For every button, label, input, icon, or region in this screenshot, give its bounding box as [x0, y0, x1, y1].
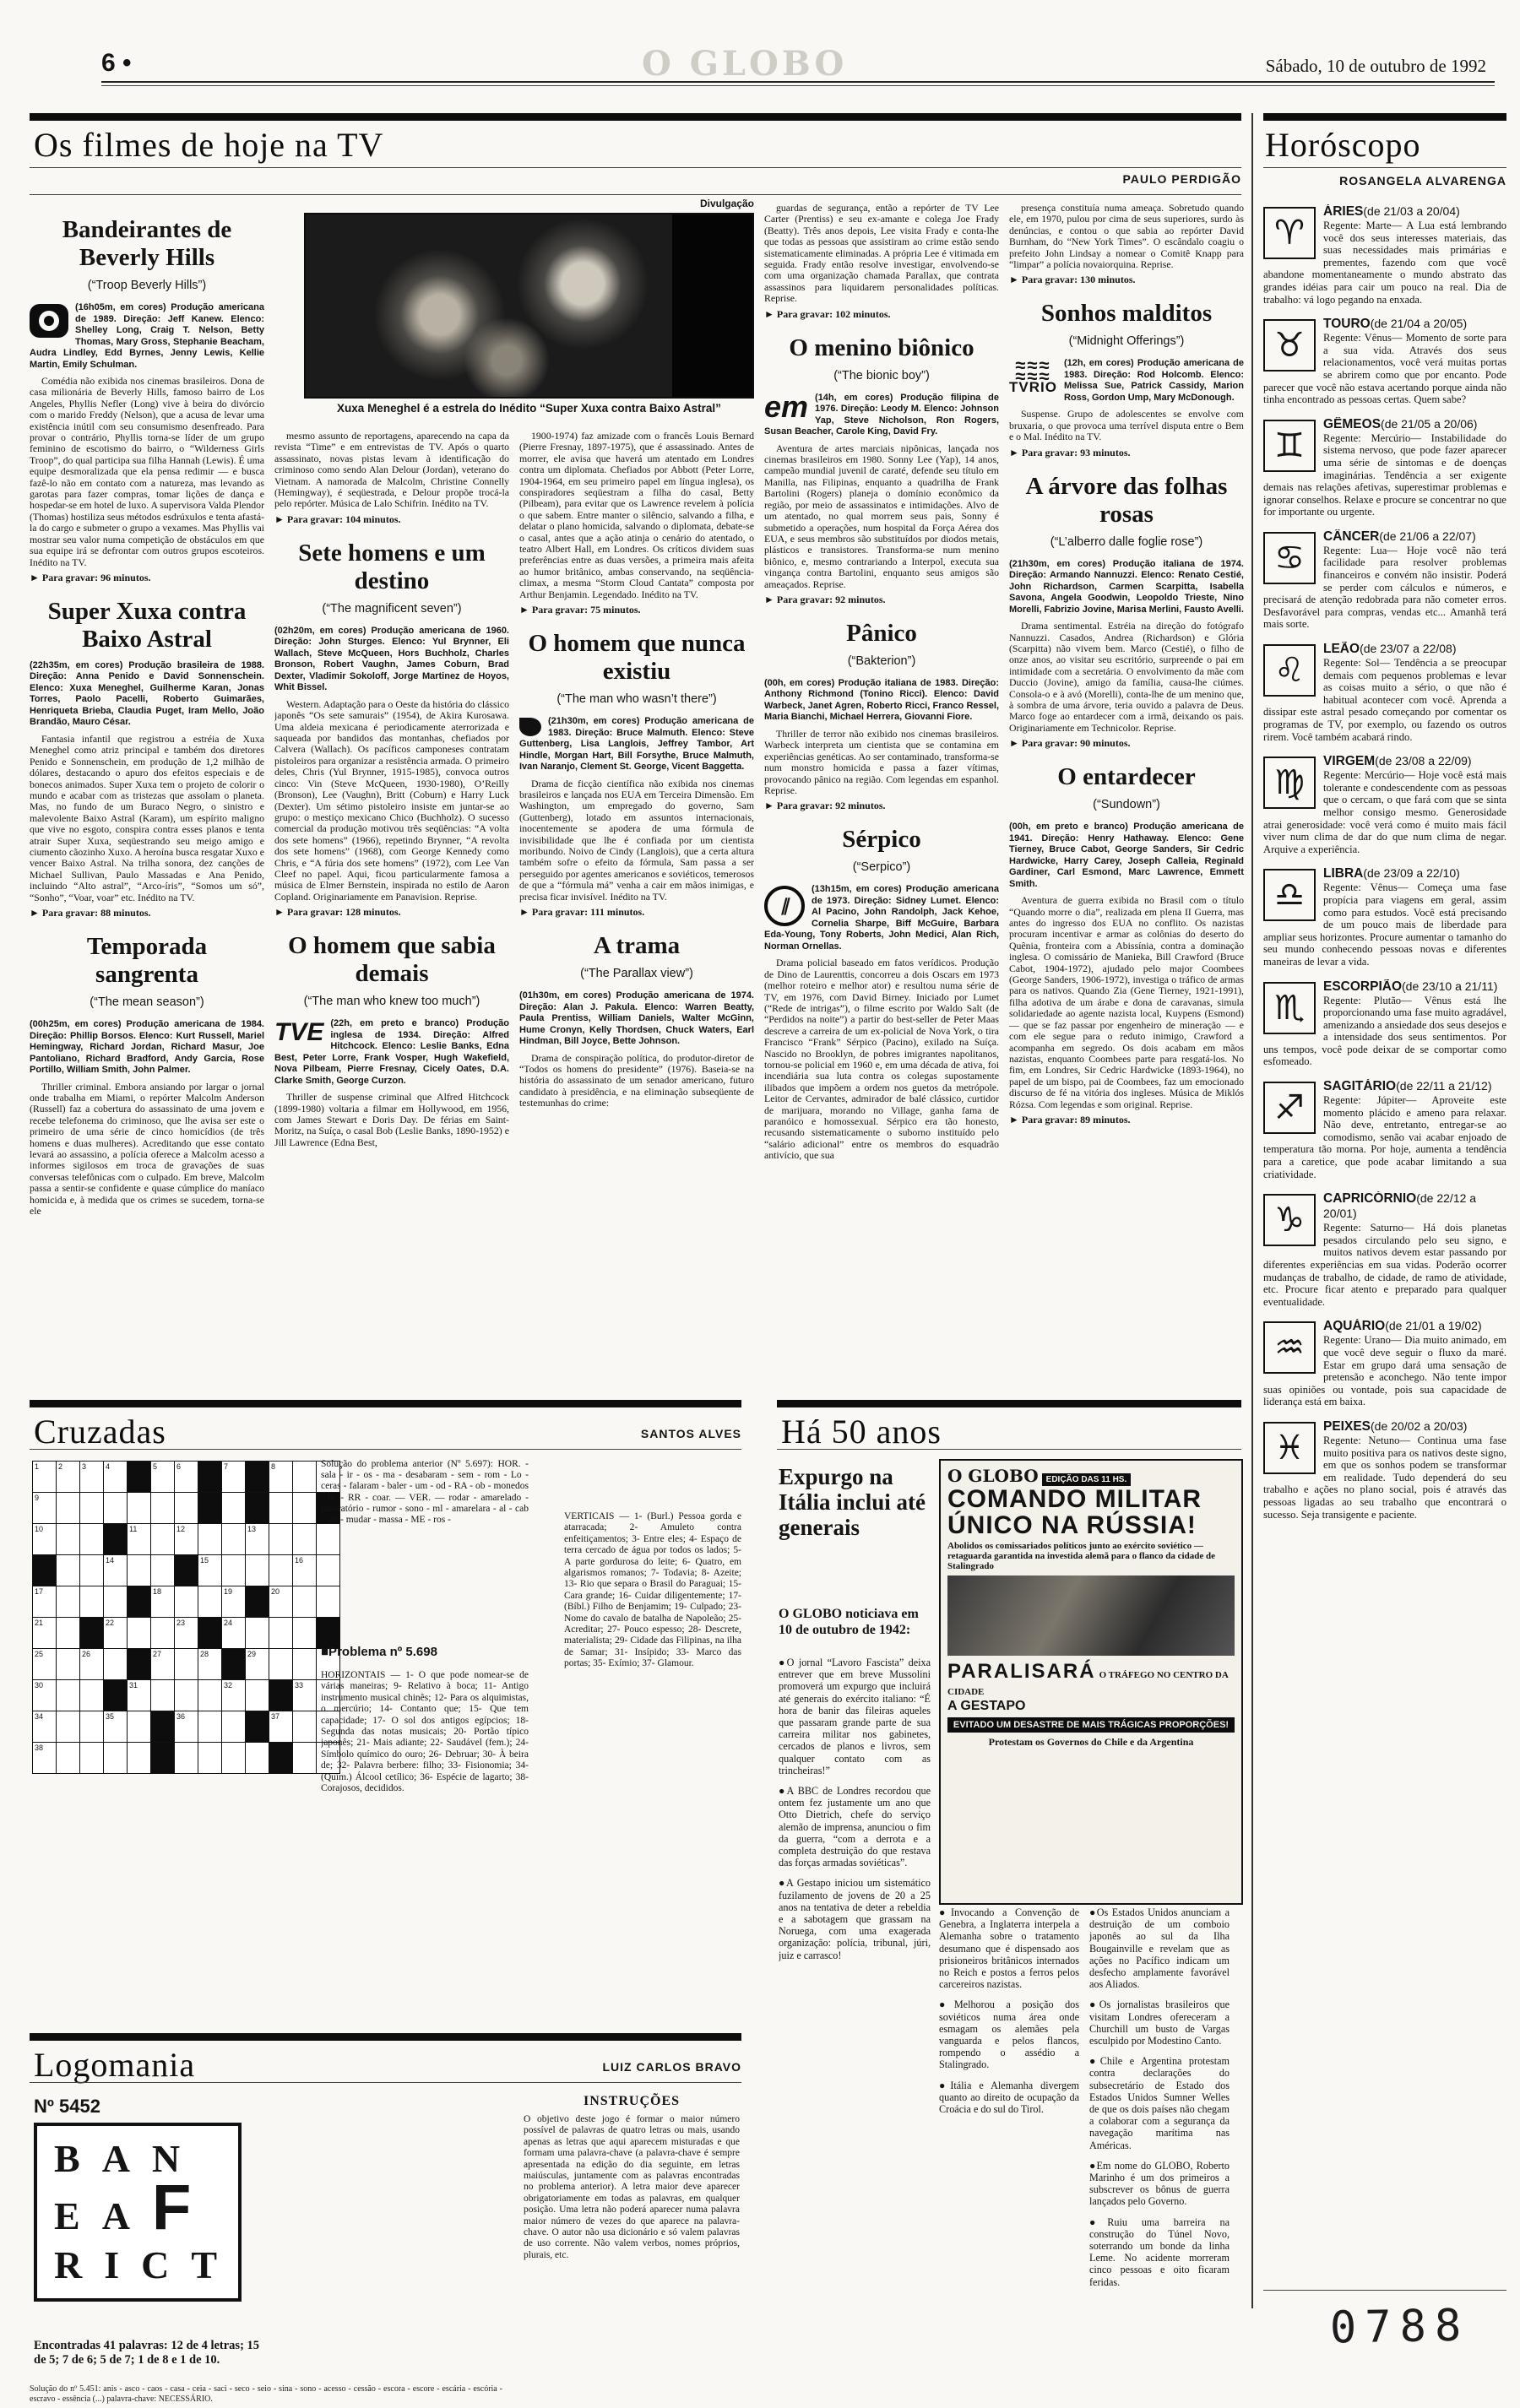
grid-cell — [151, 1618, 175, 1649]
film-title: O menino biônico — [768, 334, 996, 362]
em-logo-icon: em — [764, 394, 808, 421]
film-record-time: ► Para gravar: 88 minutos. — [30, 907, 264, 919]
horoscope-bar — [1263, 113, 1506, 121]
xuxa-photo — [304, 213, 754, 399]
clipping-bottom-headline: Protestam os Governos do Chile e da Arge… — [947, 1736, 1235, 1749]
grid-cell — [222, 1555, 246, 1586]
horoscope-sign-touro: ♉TOURO(de 21/04 a 20/05)Regente: Vênus— … — [1263, 317, 1506, 406]
grid-cell — [293, 1649, 317, 1680]
films-section-title: Os filmes de hoje na TV — [34, 125, 383, 165]
logomania-letter: T — [191, 2243, 239, 2286]
film-original-title: (“Troop Beverly Hills”) — [30, 279, 264, 292]
grid-cell — [293, 1618, 317, 1649]
grid-cell: 1 — [33, 1462, 57, 1493]
grid-cell: 3 — [80, 1462, 104, 1493]
grid-cell: 16 — [293, 1555, 317, 1586]
sign-name: CAPRICÓRNIO — [1323, 1191, 1416, 1206]
film-synopsis-continuation: guardas de segurança, então a repórter d… — [764, 203, 999, 305]
grid-cell — [80, 1493, 104, 1524]
grid-black-cell — [246, 1711, 269, 1743]
page-date: Sábado, 10 de outubro de 1992 — [1266, 56, 1486, 77]
grid-cell — [175, 1680, 198, 1711]
grid-black-cell — [128, 1586, 151, 1618]
films-column-1: Bandeirantes de Beverly Hills(“Troop Bev… — [30, 203, 264, 1391]
sign-range: (de 21/06 a 22/07) — [1379, 529, 1475, 543]
grid-cell — [57, 1680, 80, 1711]
grid-cell — [57, 1555, 80, 1586]
grid-cell: 7 — [222, 1462, 246, 1493]
grid-cell — [80, 1680, 104, 1711]
film-credits-block: (21h30m, em cores) Produção americana de… — [519, 716, 754, 773]
logomania-byline: LUIZ CARLOS BRAVO — [488, 2060, 741, 2074]
grid-black-cell — [246, 1493, 269, 1524]
film-original-title: (“The Parallax view”) — [519, 967, 754, 980]
grid-black-cell — [151, 1711, 175, 1743]
grid-cell: 36 — [175, 1711, 198, 1743]
horoscope-bottom-rule — [1263, 2290, 1506, 2291]
film-title: Bandeirantes de Beverly Hills — [33, 216, 261, 272]
film-title: A árvore das folhas rosas — [1012, 473, 1240, 529]
sign-range: (de 21/03 a 20/04) — [1363, 204, 1459, 218]
film-title: Sérpico — [768, 826, 996, 854]
crossword-grid: 1234567891011121314151617181920212223242… — [32, 1461, 340, 1774]
film-synopsis-continuation: mesmo assunto de reportagens, aparecendo… — [274, 431, 509, 510]
sign-range: (de 20/02 a 20/03) — [1371, 1419, 1467, 1433]
grid-cell: 31 — [128, 1680, 151, 1711]
horoscope-sign-libra: ♎LIBRA(de 23/09 a 22/10)Regente: Vênus— … — [1263, 866, 1506, 968]
grid-cell: 33 — [293, 1680, 317, 1711]
sign-range: (de 21/01 a 19/02) — [1385, 1319, 1481, 1332]
grid-cell — [293, 1462, 317, 1493]
film-synopsis: Aventura de guerra exibida no Brasil com… — [1009, 895, 1244, 1110]
grid-cell — [175, 1493, 198, 1524]
sign-name: ESCORPIÃO — [1323, 979, 1402, 994]
grid-cell — [269, 1493, 293, 1524]
film-credits: (00h, em preto e branco) Produção americ… — [1009, 822, 1244, 889]
films-column-5: presença constituía numa ameaça. Sobretu… — [1009, 203, 1244, 1391]
cruzadas-bar — [30, 1400, 741, 1407]
film-credits-block: ∥(13h15m, em cores) Produção americana d… — [764, 884, 999, 952]
grid-cell: 37 — [269, 1711, 293, 1743]
tve-logo-icon: TVE — [274, 1020, 323, 1045]
film-synopsis: Comédia não exibida nos cinemas brasilei… — [30, 376, 264, 568]
ha50-bullet: ●O jornal “Lavoro Fascista” deixa entrev… — [779, 1657, 931, 1776]
clipping-headline-1a: COMANDO MILITAR — [947, 1486, 1235, 1512]
horoscope-sign-sagitário: ♐SAGITÁRIO(de 22/11 a 21/12)Regente: Júp… — [1263, 1079, 1506, 1180]
horoscope-divider — [1251, 113, 1253, 2308]
grid-cell: 4 — [104, 1462, 128, 1493]
escorpiao-icon: ♏ — [1263, 982, 1316, 1034]
film-original-title: (“The bionic boy”) — [764, 369, 999, 382]
film-record-time: ► Para gravar: 128 minutos. — [274, 906, 509, 919]
grid-cell: 27 — [151, 1649, 175, 1680]
grid-black-cell — [128, 1462, 151, 1493]
film-synopsis: Drama de conspiração política, do produt… — [519, 1053, 754, 1109]
grid-black-cell — [198, 1462, 222, 1493]
logomania-letter: I — [104, 2243, 141, 2286]
grid-cell: 30 — [33, 1680, 57, 1711]
film-credits-block: (00h, em cores) Produção italiana de 198… — [764, 678, 999, 724]
sagitario-icon: ♐ — [1263, 1082, 1316, 1134]
logomania-instructions: O objetivo deste jogo é formar o maior n… — [524, 2114, 740, 2393]
grid-cell — [317, 1586, 340, 1618]
grid-cell — [222, 1711, 246, 1743]
films-byline: PAULO PERDIGÃO — [988, 172, 1241, 186]
grid-cell — [128, 1711, 151, 1743]
grid-cell — [151, 1680, 175, 1711]
grid-black-cell — [104, 1524, 128, 1555]
clipping-photo — [947, 1576, 1235, 1656]
film-credits-block: TVE(22h, em preto e branco) Produção ing… — [274, 1018, 509, 1087]
grid-cell — [269, 1524, 293, 1555]
ha50-bullet: ●Invocando a Convenção de Genebra, a Ing… — [939, 1906, 1079, 1990]
horoscope-title: Horóscopo — [1265, 125, 1421, 165]
horoscope-byline: ROSANGELA ALVARENGA — [1263, 174, 1506, 187]
grid-cell: 17 — [33, 1586, 57, 1618]
cruzadas-title: Cruzadas — [34, 1412, 166, 1451]
films-byline-rule — [30, 194, 1241, 195]
sign-name: LEÃO — [1323, 642, 1360, 656]
sign-range: (de 21/05 a 20/06) — [1381, 417, 1477, 431]
film-original-title: (“The magnificent seven”) — [274, 602, 509, 616]
film-original-title: (“The mean season”) — [30, 995, 264, 1009]
grid-cell — [293, 1586, 317, 1618]
film-original-title: (“Sundown”) — [1009, 798, 1244, 811]
grid-black-cell — [269, 1680, 293, 1711]
grid-cell: 28 — [198, 1649, 222, 1680]
cruzadas-solution: Solução do problema anterior (Nº 5.697):… — [321, 1459, 529, 1526]
film-title: Super Xuxa contra Baixo Astral — [33, 598, 261, 654]
grid-cell — [293, 1524, 317, 1555]
logomania-letter: A — [102, 2194, 152, 2237]
grid-cell — [80, 1555, 104, 1586]
grid-cell: 21 — [33, 1618, 57, 1649]
grid-black-cell — [80, 1618, 104, 1649]
grid-cell — [151, 1493, 175, 1524]
grid-cell — [80, 1711, 104, 1743]
sign-range: (de 23/09 a 22/10) — [1363, 866, 1459, 880]
clipping-masthead: O GLOBO — [947, 1466, 1039, 1486]
grid-cell: 8 — [269, 1462, 293, 1493]
sign-name: TOURO — [1323, 317, 1371, 331]
grid-cell — [128, 1493, 151, 1524]
ha50-title: Há 50 anos — [781, 1412, 942, 1451]
ha50-bullet: ●Os jornalistas brasileiros que visitam … — [1089, 1999, 1230, 2047]
ha50-bullet: ●A Gestapo iniciou um sistemático fuzila… — [779, 1877, 931, 1961]
grid-cell: 9 — [33, 1493, 57, 1524]
grid-cell — [175, 1743, 198, 1774]
ha50-bar — [777, 1400, 1241, 1407]
film-credits: (21h30m, em cores) Produção americana de… — [519, 716, 754, 772]
grid-cell — [80, 1586, 104, 1618]
photo-credit: Divulgação — [591, 198, 754, 209]
leao-icon: ♌ — [1263, 644, 1316, 697]
film-title: O homem que sabia demais — [278, 932, 506, 988]
grid-cell: 26 — [80, 1649, 104, 1680]
film-title: O homem que nunca existiu — [523, 630, 751, 686]
sign-range: (de 23/08 a 22/09) — [1375, 754, 1471, 767]
film-credits-block: ≈≈≈≈≈≈TVRIO(12h, em cores) Produção amer… — [1009, 358, 1244, 404]
film-record-time: ► Para gravar: 75 minutos. — [519, 604, 754, 616]
grid-cell: 34 — [33, 1711, 57, 1743]
horoscope-sign-peixes: ♓PEIXES(de 20/02 a 20/03)Regente: Netuno… — [1263, 1419, 1506, 1521]
films-column-2: mesmo assunto de reportagens, aparecendo… — [274, 431, 509, 1391]
film-synopsis: Thriller criminal. Embora ansiando por l… — [30, 1082, 264, 1218]
film-synopsis: Drama sentimental. Estréia na direção do… — [1009, 621, 1244, 734]
clipping-headline-2: PARALISARÁ — [947, 1660, 1096, 1683]
grid-cell: 5 — [151, 1462, 175, 1493]
film-synopsis-continuation: presença constituía numa ameaça. Sobretu… — [1009, 203, 1244, 270]
grid-cell: 38 — [33, 1743, 57, 1774]
film-original-title: (“The man who knew too much”) — [274, 995, 509, 1008]
sign-name: LIBRA — [1323, 866, 1363, 881]
logomania-letterbox: BANEAFRICT — [34, 2123, 242, 2302]
grid-black-cell — [175, 1555, 198, 1586]
grid-cell — [317, 1555, 340, 1586]
mini-logo-icon — [519, 718, 541, 736]
film-original-title: (“Midnight Offerings”) — [1009, 334, 1244, 348]
grid-cell — [80, 1524, 104, 1555]
grid-cell — [269, 1618, 293, 1649]
film-credits-block: (00h, em preto e branco) Produção americ… — [1009, 822, 1244, 890]
logomania-rule — [30, 2082, 741, 2083]
grid-cell — [151, 1555, 175, 1586]
ha50-bullet: ●Itália e Alemanha divergem quanto ao di… — [939, 2080, 1079, 2116]
film-title: Temporada sangrenta — [33, 933, 261, 989]
sign-name: PEIXES — [1323, 1419, 1371, 1434]
horoscope-sign-escorpião: ♏ESCORPIÃO(de 23/10 a 21/11)Regente: Plu… — [1263, 979, 1506, 1069]
logomania-instructions-block: INSTRUÇÕES O objetivo deste jogo é forma… — [524, 2094, 740, 2393]
masthead-ghost: O GLOBO — [642, 44, 847, 84]
film-title: Sete homens e um destino — [278, 540, 506, 595]
grid-black-cell — [198, 1618, 222, 1649]
clipping-banner: EVITADO UM DESASTRE DE MAIS TRÁGICAS PRO… — [947, 1717, 1235, 1733]
film-credits-block: em(14h, em cores) Produção filipina de 1… — [764, 393, 999, 438]
horoscope-sign-virgem: ♍VIRGEM(de 23/08 a 22/09)Regente: Mercúr… — [1263, 754, 1506, 855]
horoscope-title-rule — [1263, 167, 1506, 168]
logomania-number: Nº 5452 — [34, 2096, 100, 2118]
grid-cell — [293, 1493, 317, 1524]
film-record-time: ► Para gravar: 104 minutos. — [274, 513, 509, 526]
circle-logo-icon: ∥ — [764, 886, 805, 926]
cruzadas-problem-label: ■Problema nº 5.698 — [321, 1645, 437, 1659]
sign-range: (de 23/07 a 22/08) — [1360, 642, 1456, 655]
grid-cell — [222, 1524, 246, 1555]
grid-black-cell — [269, 1743, 293, 1774]
aries-icon: ♈ — [1263, 207, 1316, 259]
grid-cell — [198, 1680, 222, 1711]
grid-cell — [57, 1524, 80, 1555]
grid-cell: 25 — [33, 1649, 57, 1680]
ha50-rule — [777, 1449, 1241, 1450]
sign-name: GÊMEOS — [1323, 417, 1381, 431]
film-record-time: ► Para gravar: 111 minutos. — [519, 906, 754, 919]
ha50-column-1: ●O jornal “Lavoro Fascista” deixa entrev… — [779, 1657, 931, 2406]
film-credits: (12h, em cores) Produção americana de 19… — [1064, 358, 1244, 403]
film-synopsis: Drama de ficção científica não exibida n… — [519, 778, 754, 903]
film-original-title: (“L’alberro dalle foglie rose”) — [1009, 535, 1244, 549]
sign-name: SAGITÁRIO — [1323, 1079, 1396, 1093]
grid-cell: 29 — [246, 1649, 269, 1680]
film-title: Pânico — [768, 620, 996, 648]
grid-cell — [80, 1743, 104, 1774]
horoscope-signs: ♈ÁRIES(de 21/03 a 20/04)Regente: Marte— … — [1263, 204, 1506, 2281]
grid-cell: 23 — [175, 1618, 198, 1649]
ha50-column-2: ●Invocando a Convenção de Genebra, a Ing… — [939, 1906, 1079, 2406]
logomania-solution: Solução do nº 5.451: anis - asco - caos … — [30, 2384, 502, 2405]
clipping-headline-1b: ÚNICO NA RÚSSIA! — [947, 1512, 1235, 1538]
film-title: Sonhos malditos — [1012, 300, 1240, 328]
grid-black-cell — [128, 1649, 151, 1680]
film-credits-block: (00h25m, em cores) Produção americana de… — [30, 1019, 264, 1077]
capricornio-icon: ♑ — [1263, 1194, 1316, 1246]
ha50-bullet: ●Em nome do GLOBO, Roberto Marinho é um … — [1089, 2160, 1230, 2208]
ha50-headline: Expurgo na Itália inclui até generais — [779, 1464, 931, 1540]
sign-range: (de 21/04 a 20/05) — [1371, 317, 1467, 330]
ha50-bullet: ●Chile e Argentina protestam contra decl… — [1089, 2055, 1230, 2151]
peixes-icon: ♓ — [1263, 1422, 1316, 1474]
horoscope-sign-capricórnio: ♑CAPRICÓRNIO(de 22/12 a 20/01)Regente: S… — [1263, 1191, 1506, 1308]
film-credits-block: (01h30m, em cores) Produção americana de… — [519, 990, 754, 1048]
horoscope-sign-áries: ♈ÁRIES(de 21/03 a 20/04)Regente: Marte— … — [1263, 204, 1506, 306]
film-synopsis: Thriller de terror não exibido nos cinem… — [764, 729, 999, 796]
logomania-letter: A — [102, 2137, 152, 2180]
film-credits: (00h, em cores) Produção italiana de 198… — [764, 678, 999, 723]
grid-cell: 24 — [222, 1618, 246, 1649]
film-original-title: (“Bakterion”) — [764, 654, 999, 668]
grid-cell: 6 — [175, 1462, 198, 1493]
grid-black-cell — [222, 1649, 246, 1680]
sign-name: ÁRIES — [1323, 204, 1363, 219]
grid-cell — [57, 1743, 80, 1774]
grid-cell — [246, 1680, 269, 1711]
gemeos-icon: ♊ — [1263, 420, 1316, 472]
grid-cell — [57, 1649, 80, 1680]
grid-cell: 11 — [128, 1524, 151, 1555]
grid-cell — [57, 1493, 80, 1524]
page-number: 6 • — [101, 49, 132, 78]
grid-cell — [104, 1649, 128, 1680]
cruzadas-byline: SANTOS ALVES — [488, 1427, 741, 1440]
horoscope-sign-câncer: ♋CÂNCER(de 21/06 a 22/07)Regente: Lua— H… — [1263, 529, 1506, 631]
grid-cell — [104, 1743, 128, 1774]
film-credits-block: (16h05m, em cores) Produção americana de… — [30, 302, 264, 371]
grid-cell — [104, 1493, 128, 1524]
film-record-time: ► Para gravar: 96 minutos. — [30, 572, 264, 584]
photo-caption: Xuxa Meneghel é a estrela do Inédito “Su… — [304, 402, 754, 415]
grid-cell — [128, 1555, 151, 1586]
grid-cell — [317, 1524, 340, 1555]
grid-cell — [222, 1743, 246, 1774]
film-credits-block: (02h20m, em cores) Produção americana de… — [274, 626, 509, 694]
grid-cell — [57, 1618, 80, 1649]
sign-name: VIRGEM — [1323, 754, 1375, 768]
grid-black-cell — [246, 1462, 269, 1493]
grid-cell — [104, 1586, 128, 1618]
films-column-4: guardas de segurança, então a repórter d… — [764, 203, 999, 1391]
sign-name: AQUÁRIO — [1323, 1319, 1385, 1333]
logomania-letter-row: EAF — [42, 2183, 233, 2241]
film-title: A trama — [523, 932, 751, 960]
ha50-bullet: ●Os Estados Unidos anunciam a destruição… — [1089, 1906, 1230, 1990]
film-synopsis-continuation: 1900-1974) faz amizade com o francês Lou… — [519, 431, 754, 600]
grid-cell: 13 — [246, 1524, 269, 1555]
horoscope-sign-gêmeos: ♊GÊMEOS(de 21/05 a 20/06)Regente: Mercúr… — [1263, 417, 1506, 518]
logomania-letter: R — [54, 2243, 104, 2286]
logomania-title: Logomania — [34, 2045, 195, 2085]
films-title-rule — [30, 167, 1241, 168]
film-record-time: ► Para gravar: 93 minutos. — [1009, 447, 1244, 459]
films-section-bar — [30, 113, 1241, 121]
grid-cell — [246, 1618, 269, 1649]
film-synopsis: Fantasia infantil que registrou a estréi… — [30, 734, 264, 903]
film-record-time: ► Para gravar: 92 minutos. — [764, 800, 999, 812]
grid-cell — [198, 1711, 222, 1743]
ha50-bullet: ●A BBC de Londres recordou que ontem fez… — [779, 1785, 931, 1868]
clipping-subhead: Abolidos os comissariados políticos junt… — [947, 1541, 1235, 1571]
film-credits: (02h20m, em cores) Produção americana de… — [274, 626, 509, 693]
touro-icon: ♉ — [1263, 319, 1316, 372]
cruzadas-horizontais: HORIZONTAIS — 1- O que pode nomear-se de… — [321, 1670, 529, 2018]
grid-black-cell — [33, 1555, 57, 1586]
globo-logo-icon — [30, 304, 68, 338]
page-stamp: 0788 — [1329, 2301, 1469, 2354]
logomania-found: Encontradas 41 palavras: 12 de 4 letras;… — [34, 2339, 270, 2367]
ha50-column-3: ●Os Estados Unidos anunciam a destruição… — [1089, 1906, 1230, 2406]
grid-cell — [246, 1555, 269, 1586]
film-title: O entardecer — [1012, 763, 1240, 791]
horoscope-sign-aquário: ♒AQUÁRIO(de 21/01 a 19/02)Regente: Urano… — [1263, 1319, 1506, 1408]
grid-cell: 32 — [222, 1680, 246, 1711]
tvrio-logo-icon: ≈≈≈≈≈≈TVRIO — [1009, 360, 1057, 393]
film-synopsis: Thriller de suspense criminal que Alfred… — [274, 1092, 509, 1148]
film-credits-block: (21h30m, em cores) Produção italiana de … — [1009, 559, 1244, 616]
grid-cell — [293, 1743, 317, 1774]
film-credits: (22h35m, em cores) Produção brasileira d… — [30, 660, 264, 728]
libra-icon: ♎ — [1263, 869, 1316, 921]
sign-range: (de 23/10 a 21/11) — [1402, 979, 1497, 993]
ha50-bullet: ●Ruiu uma barreira na construção do Túne… — [1089, 2216, 1230, 2288]
grid-cell — [269, 1649, 293, 1680]
grid-cell — [269, 1555, 293, 1586]
logomania-letter: C — [141, 2243, 191, 2286]
grid-cell — [57, 1586, 80, 1618]
logomania-letter: F — [152, 2172, 213, 2243]
film-record-time: ► Para gravar: 130 minutos. — [1009, 274, 1244, 286]
clipping-edition-badge: EDIÇÃO DAS 11 HS. — [1042, 1473, 1132, 1486]
grid-cell — [222, 1493, 246, 1524]
grid-cell — [198, 1743, 222, 1774]
virgem-icon: ♍ — [1263, 757, 1316, 809]
grid-black-cell — [198, 1493, 222, 1524]
film-credits: (21h30m, em cores) Produção italiana de … — [1009, 559, 1244, 615]
grid-cell: 12 — [175, 1524, 198, 1555]
cruzadas-rule — [30, 1449, 741, 1450]
film-credits-block: (22h35m, em cores) Produção brasileira d… — [30, 660, 264, 729]
film-credits: (00h25m, em cores) Produção americana de… — [30, 1019, 264, 1075]
grid-cell — [293, 1711, 317, 1743]
logomania-letter: E — [54, 2194, 102, 2237]
grid-cell: 35 — [104, 1711, 128, 1743]
cruzadas-verticais: VERTICAIS — 1- (Burl.) Pessoa gorda e at… — [564, 1511, 741, 2018]
grid-cell: 20 — [269, 1586, 293, 1618]
grid-cell — [57, 1711, 80, 1743]
grid-black-cell — [104, 1680, 128, 1711]
grid-cell — [246, 1743, 269, 1774]
ha50-clipping: O GLOBO EDIÇÃO DAS 11 HS. COMANDO MILITA… — [939, 1459, 1243, 1905]
film-original-title: (“The man who wasn’t there”) — [519, 692, 754, 706]
grid-cell: 2 — [57, 1462, 80, 1493]
